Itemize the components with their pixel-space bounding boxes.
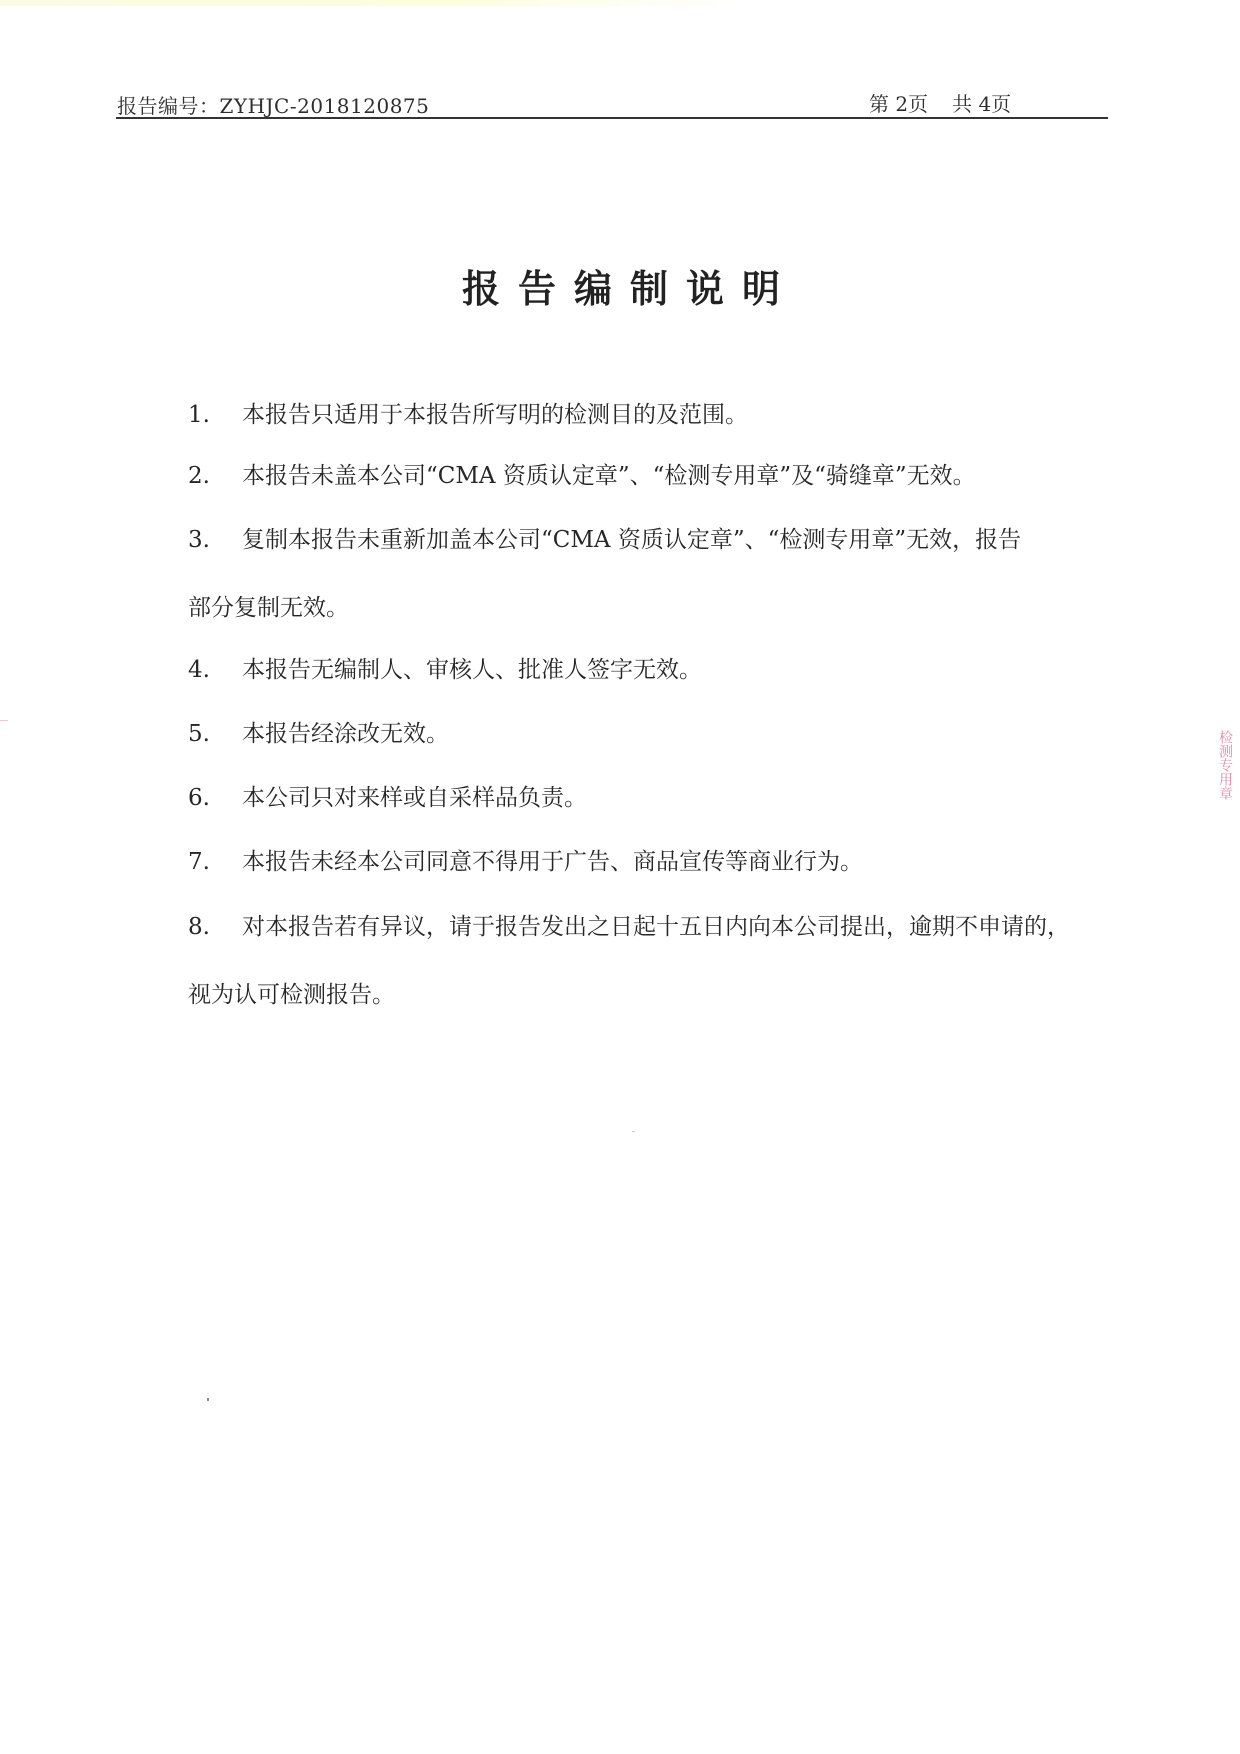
item-continuation: 视为认可检测报告。 bbox=[188, 980, 395, 1010]
item-number: 5. bbox=[188, 719, 238, 749]
item-number: 2. bbox=[188, 461, 238, 491]
item-text: 对本报告若有异议，请于报告发出之日起十五日内向本公司提出，逾期不申请的， bbox=[242, 912, 1070, 942]
scan-speck bbox=[207, 1398, 209, 1401]
page-indicator: 第 2页共 4页 bbox=[869, 88, 1035, 117]
page-total: 共 4页 bbox=[952, 92, 1011, 116]
scan-speck bbox=[632, 1131, 635, 1132]
item-text: 复制本报告未重新加盖本公司“CMA 资质认定章”、“检测专用章”无效，报告 bbox=[242, 525, 1021, 555]
page-title: 报告编制说明 bbox=[0, 258, 1240, 313]
scan-mark bbox=[0, 720, 8, 721]
item-text: 本报告未盖本公司“CMA 资质认定章”、“检测专用章”及“骑缝章”无效。 bbox=[242, 461, 976, 491]
report-number-value: ZYHJC-2018120875 bbox=[220, 94, 430, 118]
item-number: 7. bbox=[188, 847, 238, 877]
seam-stamp-fragment: 检测专用章 bbox=[1222, 730, 1238, 890]
item-number: 4. bbox=[188, 655, 238, 685]
page-current: 第 2页 bbox=[869, 92, 928, 116]
item-text: 本报告无编制人、审核人、批准人签字无效。 bbox=[242, 655, 702, 685]
scan-tint bbox=[0, 0, 760, 6]
report-number: 报告编号：ZYHJC-2018120875 bbox=[117, 90, 429, 119]
item-continuation: 部分复制无效。 bbox=[188, 593, 349, 623]
report-number-label: 报告编号： bbox=[117, 94, 220, 118]
header-divider bbox=[116, 117, 1108, 119]
item-text: 本报告只适用于本报告所写明的检测目的及范围。 bbox=[242, 400, 748, 430]
item-number: 8. bbox=[188, 912, 238, 942]
item-number: 1. bbox=[188, 400, 238, 430]
item-text: 本报告未经本公司同意不得用于广告、商品宣传等商业行为。 bbox=[242, 847, 863, 877]
item-text: 本报告经涂改无效。 bbox=[242, 719, 449, 749]
item-number: 3. bbox=[188, 525, 238, 555]
item-text: 本公司只对来样或自采样品负责。 bbox=[242, 783, 587, 813]
item-number: 6. bbox=[188, 783, 238, 813]
